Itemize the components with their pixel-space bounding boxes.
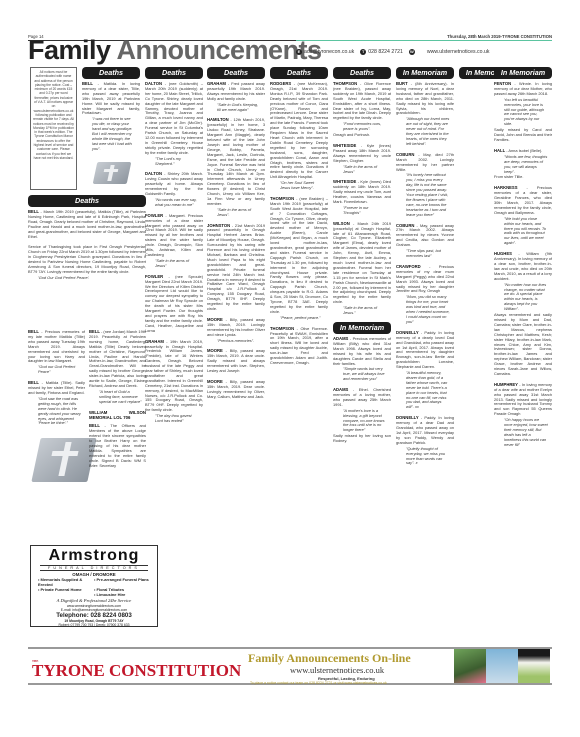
lodge-title: WILLIAM WILSON MEMORIAL LOL 706 [89,411,146,421]
memoriam-notice: HALL - Anna Isobel (Belle)."Words are fe… [494,149,552,180]
email-icon: E [296,49,302,55]
death-notice: WHITESIDE - Kyle (Innes) Passed away 18t… [333,144,391,174]
memoriam-notice: DONNELLY - Paddy. In loving memory of a … [396,331,454,411]
memoriam-notice: COBURN - May, passed away 27th March 200… [396,224,454,259]
column-8-content: In Memoriam FENTON - Winnie. In loving m… [494,67,552,454]
tyrone-constitution-logo: THE TYRONE CONSTITUTION [32,659,241,678]
footer-heading: Family Announcements On-line [248,651,411,666]
section-header-deaths: Deaths [333,67,391,79]
death-notice: GRAHAM - 19th March 2019, peacefully in … [145,340,203,424]
memoriam-notice: DONNELLY - Paddy. In loving memory of a … [396,416,454,466]
footer-photo-strip [454,649,550,683]
ad-company-name: Armstrong [34,548,154,564]
footer-cta: To place a notice contact our team on 02… [250,681,387,685]
phone-number: 028 8224 2721 [368,49,403,55]
death-notice: BELL - The Officers and Members of the a… [89,424,146,468]
family-photo [454,649,486,683]
title-word-announcements: Announcements [117,35,322,65]
column-2: Deaths BELL - Matilda. In loving memory … [82,67,140,194]
column-3: Deaths DALTON - (nee Goldsmith) – March … [145,67,203,430]
death-notice: DALTON - Shirley 20th March. Loving Cous… [145,172,203,207]
title-word-family: Family [28,35,111,65]
website-link[interactable]: www.ulsternetnotices.co.uk [427,49,490,55]
section-header-deaths: Deaths [270,67,328,79]
bible-cross-icon [89,158,133,188]
ad-tagline: A Dignified & Professional 24hr Service [34,598,154,603]
death-notice: MOORE - Billy, passed away 15th March, 2… [207,349,265,374]
section-header-in-memoriam: In Memoriam [396,67,454,79]
column-1b: BELL - (nee Jordan) March 19th 2019. Pea… [89,330,146,475]
memoriam-notice: HUMPHREY - In loving memory of a dear wi… [494,383,552,448]
column-1a: BELL - Precious memories of my late moth… [28,330,85,494]
death-notice: BELL - Precious memories of my late moth… [28,330,85,375]
web-icon: W [409,49,415,55]
death-notice: GRAHAM - Fred passed away peacefully 19t… [207,82,265,112]
memoriam-notice: CRAWFORD - Precious memories of my dear … [396,265,454,325]
memoriam-notice: ADAMS - Ethel. Cherished memories of a l… [333,388,391,444]
column-7: In Memoriam BURT - (8th Anniversary). In… [396,67,454,472]
section-header-deaths: Deaths [28,195,146,207]
section-header-deaths: Deaths [82,67,140,79]
footer-url[interactable]: www.ulsternetnotices.co.uk [290,665,384,675]
bell-main-notice: BELL - March 19th 2019 (peacefully), Mat… [28,210,146,287]
death-notice: Service of Thanksgiving took place in Fi… [28,245,146,280]
ad-telephone: Telephone: 028 8224 0803 [34,612,154,619]
footer-advert-banner: THE TYRONE CONSTITUTION Family Announcem… [28,647,552,685]
death-notice: DALTON - (nee Goldsmith) – March 20th 20… [145,82,203,166]
phone-contact: T028 8224 2721 [360,49,403,55]
death-notice: WILSON - March 24th 2019 (peacefully) at… [333,222,391,316]
memoriam-notice: FENTON - Winnie. In loving memory of our… [494,82,552,143]
memoriam-notice: BURT - (8th Anniversary). In loving memo… [396,82,454,147]
death-notice: RODGERS - (nee McKernan), Omagh, 21st Ma… [270,82,328,191]
death-notice: MOORE - Billy, passed away 15th March, 2… [207,380,265,400]
death-notice: HAMILTON - 12th March 2019, (peacefully)… [207,118,265,217]
ad-subtitle: FUNERAL DIRECTORS [40,565,148,571]
email-contact[interactable]: Eads@tyronecon.co.uk [296,49,354,55]
page-title: Family Announcements [28,35,322,65]
death-notice: BELL - March 19th 2019 (peacefully), Mat… [28,210,146,239]
ad-features: • Memorials Supplied & Erected • Pre-arr… [34,577,154,597]
death-notice: MOORE - Billy, passed away 15th March, 2… [207,318,265,344]
section-header-in-memoriam: In Memoriam [494,67,552,79]
lily-photo [518,649,550,683]
notice-terms-box: All notices must be authenticated with n… [30,67,77,190]
section-header-deaths: Deaths [145,67,203,79]
dateline: Thursday, 28th March 2019-TYRONE CONSTIT… [447,34,552,39]
section-header-deaths: Deaths [207,67,265,79]
death-notice: BELL - Matilda (Tillie). Sadly missed by… [28,381,85,426]
column-4: Deaths GRAHAM - Fred passed away peacefu… [207,67,265,406]
phone-icon: T [360,49,366,55]
death-notice: JOHNSTON - 21st March 2019 passed peacef… [207,224,265,312]
memoriam-notice: HARKNESS - Precious memories of a dear s… [494,186,552,246]
death-notice: THOMPSON - (nee Braiden) – March 19th 20… [270,197,328,321]
memoriam-notice: HUGHES - William (9th Anniversary). In l… [494,252,552,377]
column-5: Deaths RODGERS - (nee McKernan), Omagh, … [270,67,328,372]
column-6: Deaths THOMPSON - Olive Florence (nee Br… [333,67,391,450]
death-notice: WHITESIDE - Kyle (Innes) Died suddenly o… [333,180,391,215]
death-notice: BELL - Matilda. In loving memory of a de… [82,82,140,152]
contact-strip: Eads@tyronecon.co.uk T028 8224 2721 Wwww… [296,49,489,55]
email-address[interactable]: ads@tyronecon.co.uk [304,49,354,55]
death-notice: THOMPSON - Olive Florence. Peacefully at… [270,327,328,366]
memoriam-notice: ADAMS - Precious memories of William (Bi… [333,337,391,382]
death-notice: THOMPSON - Olive Florence (nee Braiden),… [333,82,391,138]
accent-divider [296,40,552,41]
death-notice: FOWLER - Margaret. Precious memories of … [145,214,203,269]
ad-mobiles: Robert: 07799 700 793 | Derek: 07900 378… [34,623,154,627]
death-notice: BELL - (nee Jordan) March 19th 2019. Pea… [89,330,146,405]
memoriam-notice: COBURN - May, died 27th March 2002. Lovi… [396,153,454,218]
bible-cross-icon [28,432,98,488]
armstrong-funeral-ad: Armstrong FUNERAL DIRECTORS OMAGH / DROM… [30,545,158,627]
section-header-in-memoriam: In Memoriam [333,322,391,334]
dove-photo [486,649,518,683]
web-contact[interactable]: Wwww.ulsternetnotices.co.uk [409,49,490,55]
death-notice: FOWLER - (nee Sproule) Margaret Died 22n… [145,275,203,334]
column-1: Deaths [28,195,146,210]
